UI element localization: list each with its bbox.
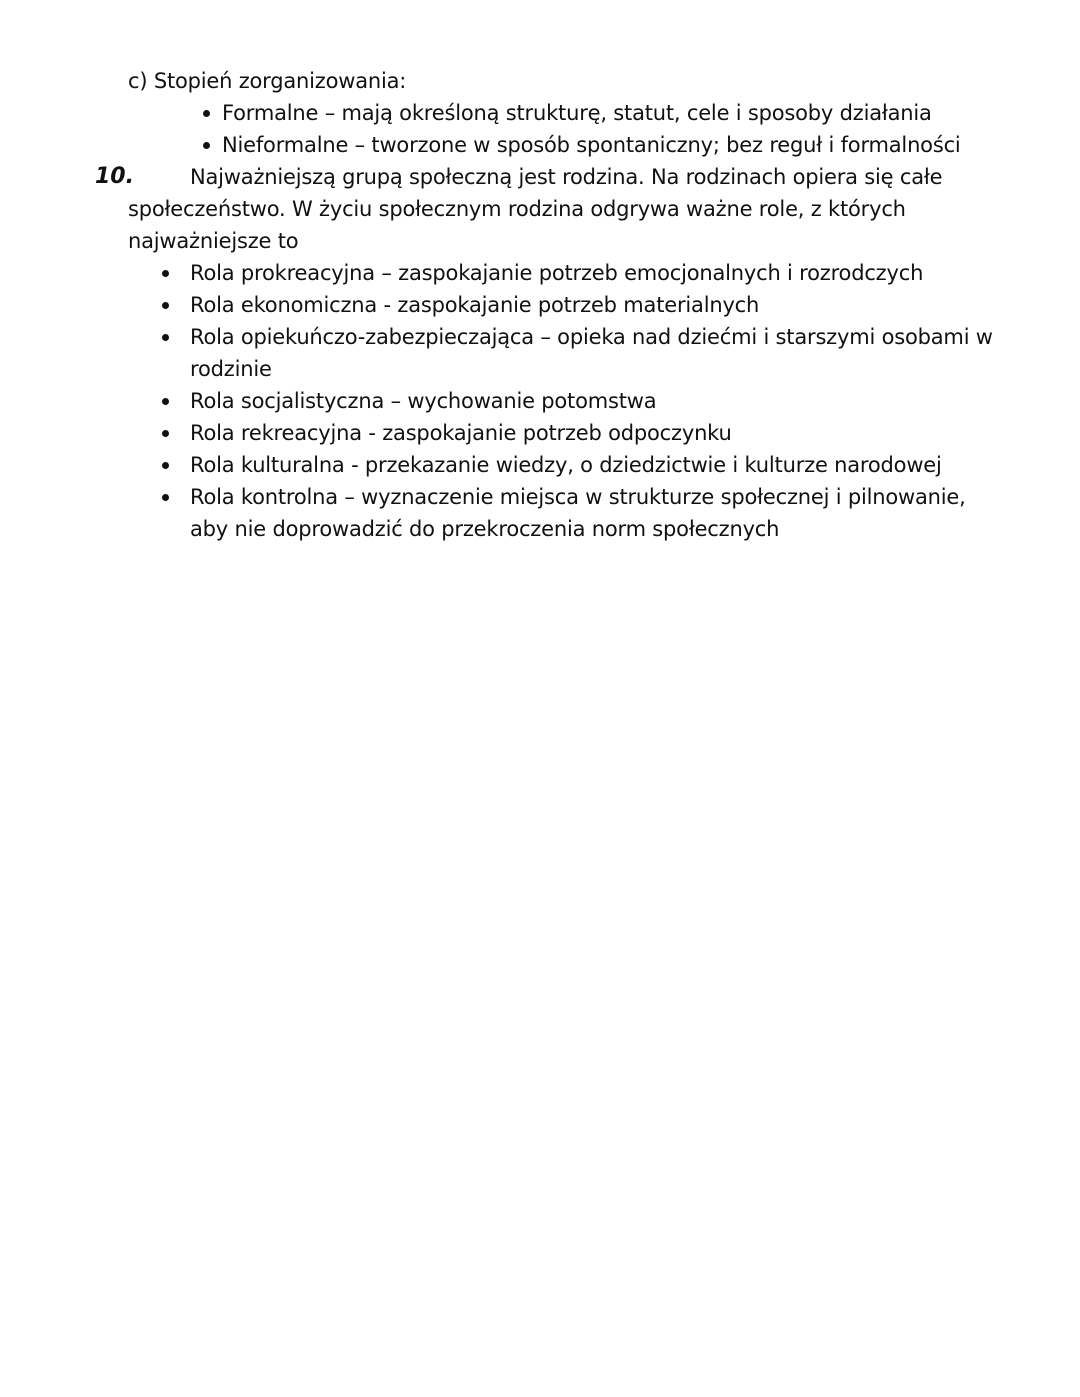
role-item-caregiving: Rola opiekuńczo-zabezpieczająca – opieka… — [190, 321, 993, 353]
role-item-procreative: Rola prokreacyjna – zaspokajanie potrzeb… — [190, 257, 923, 289]
role-item-economic: Rola ekonomiczna - zaspokajanie potrzeb … — [190, 289, 759, 321]
bullet-icon — [162, 462, 169, 469]
role-item-control: Rola kontrolna – wyznaczenie miejsca w s… — [190, 481, 966, 513]
paragraph-line-1: Najważniejszą grupą społeczną jest rodzi… — [190, 161, 942, 193]
document-page: c) Stopień zorganizowania: Formalne – ma… — [0, 0, 1080, 1397]
bullet-icon — [162, 430, 169, 437]
role-item-recreational: Rola rekreacyjna - zaspokajanie potrzeb … — [190, 417, 732, 449]
list-item-informal: Nieformalne – tworzone w sposób spontani… — [222, 129, 961, 161]
paragraph-line-2: społeczeństwo. W życiu społecznym rodzin… — [128, 193, 906, 225]
bullet-icon — [162, 398, 169, 405]
bullet-icon — [203, 142, 210, 149]
bullet-icon — [162, 270, 169, 277]
role-item-caregiving-cont: rodzinie — [190, 353, 272, 385]
role-item-cultural: Rola kulturalna - przekazanie wiedzy, o … — [190, 449, 942, 481]
role-item-control-cont: aby nie doprowadzić do przekroczenia nor… — [190, 513, 779, 545]
bullet-icon — [162, 494, 169, 501]
role-item-socializing: Rola socjalistyczna – wychowanie potomst… — [190, 385, 656, 417]
paragraph-line-3: najważniejsze to — [128, 225, 298, 257]
bullet-icon — [162, 302, 169, 309]
bullet-icon — [203, 110, 210, 117]
list-item-formal: Formalne – mają określoną strukturę, sta… — [222, 97, 932, 129]
point-number: 10. — [95, 161, 134, 193]
section-c-heading: c) Stopień zorganizowania: — [128, 65, 406, 97]
bullet-icon — [162, 334, 169, 341]
